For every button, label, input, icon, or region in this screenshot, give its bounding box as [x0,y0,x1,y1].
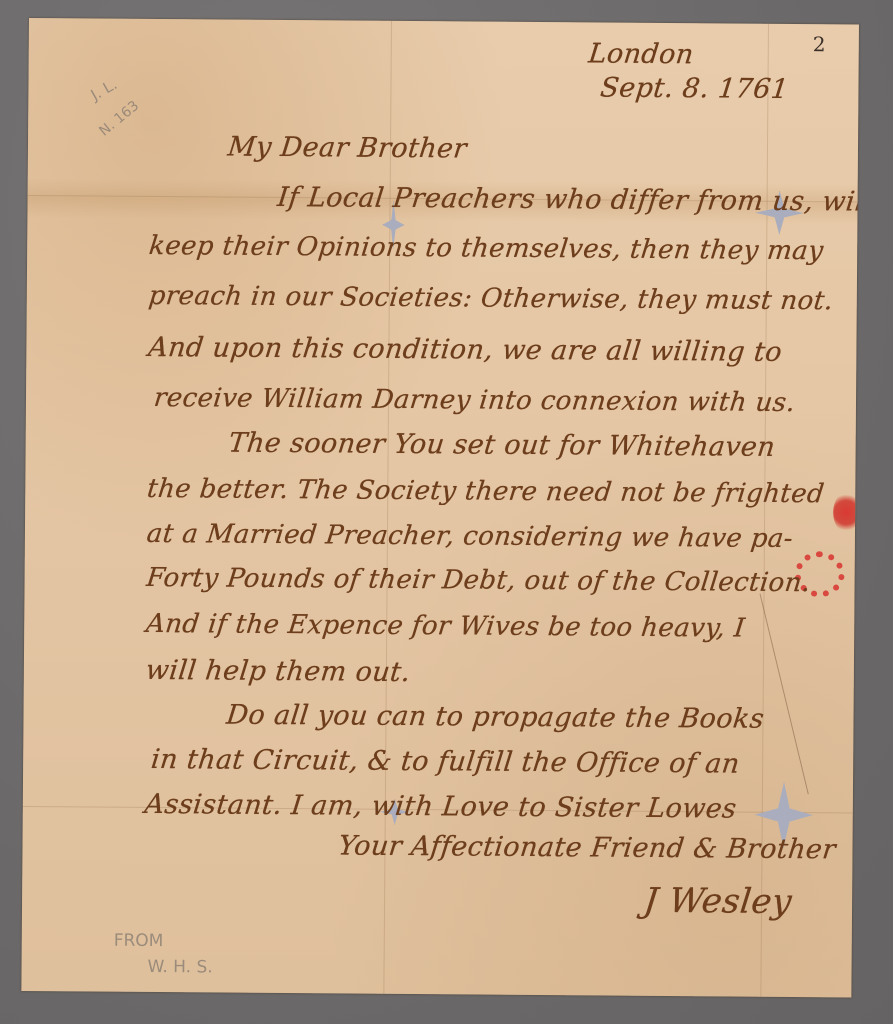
body-line: And if the Expence for Wives be too heav… [145,609,747,644]
body-line: the better. The Society there need not b… [146,474,826,509]
body-line: will help them out. [144,655,412,688]
archive-mark-number: N. 163 [96,98,142,140]
page-number: 2 [813,32,826,56]
provenance-mark-initials: W. H. S. [147,957,212,978]
body-line: at a Married Preacher, considering we ha… [145,519,794,554]
body-line: Assistant. I am, with Love to Sister Low… [143,789,738,825]
body-line: preach in our Societies: Otherwise, they… [147,281,835,316]
letter-date: Sept. 8. 1761 [599,73,791,105]
body-line: Forty Pounds of their Debt, out of the C… [145,563,812,598]
body-line: in that Circuit, & to fulfill the Office… [149,744,741,780]
letter-sheet: 2 J. L. N. 163 London Sept. 8. 1761 My D… [21,18,859,997]
provenance-mark-from: FROM [114,931,164,951]
body-line: If Local Preachers who differ from us, w… [276,182,859,218]
body-line: The sooner You set out for Whitehaven [227,428,777,463]
body-line: Do all you can to propagate the Books [225,700,766,735]
closing: Your Affectionate Friend & Brother [337,830,838,865]
paper-tear [760,594,859,795]
body-line: receive William Darney into connexion wi… [152,383,797,418]
letter-place: London [587,38,695,70]
body-line: And upon this condition, we are all will… [147,332,784,368]
salutation: My Dear Brother [226,132,468,165]
signature: J Wesley [642,881,794,922]
body-line: keep their Opinions to themselves, then … [148,231,826,266]
archive-mark-initials: J. L. [88,75,120,104]
